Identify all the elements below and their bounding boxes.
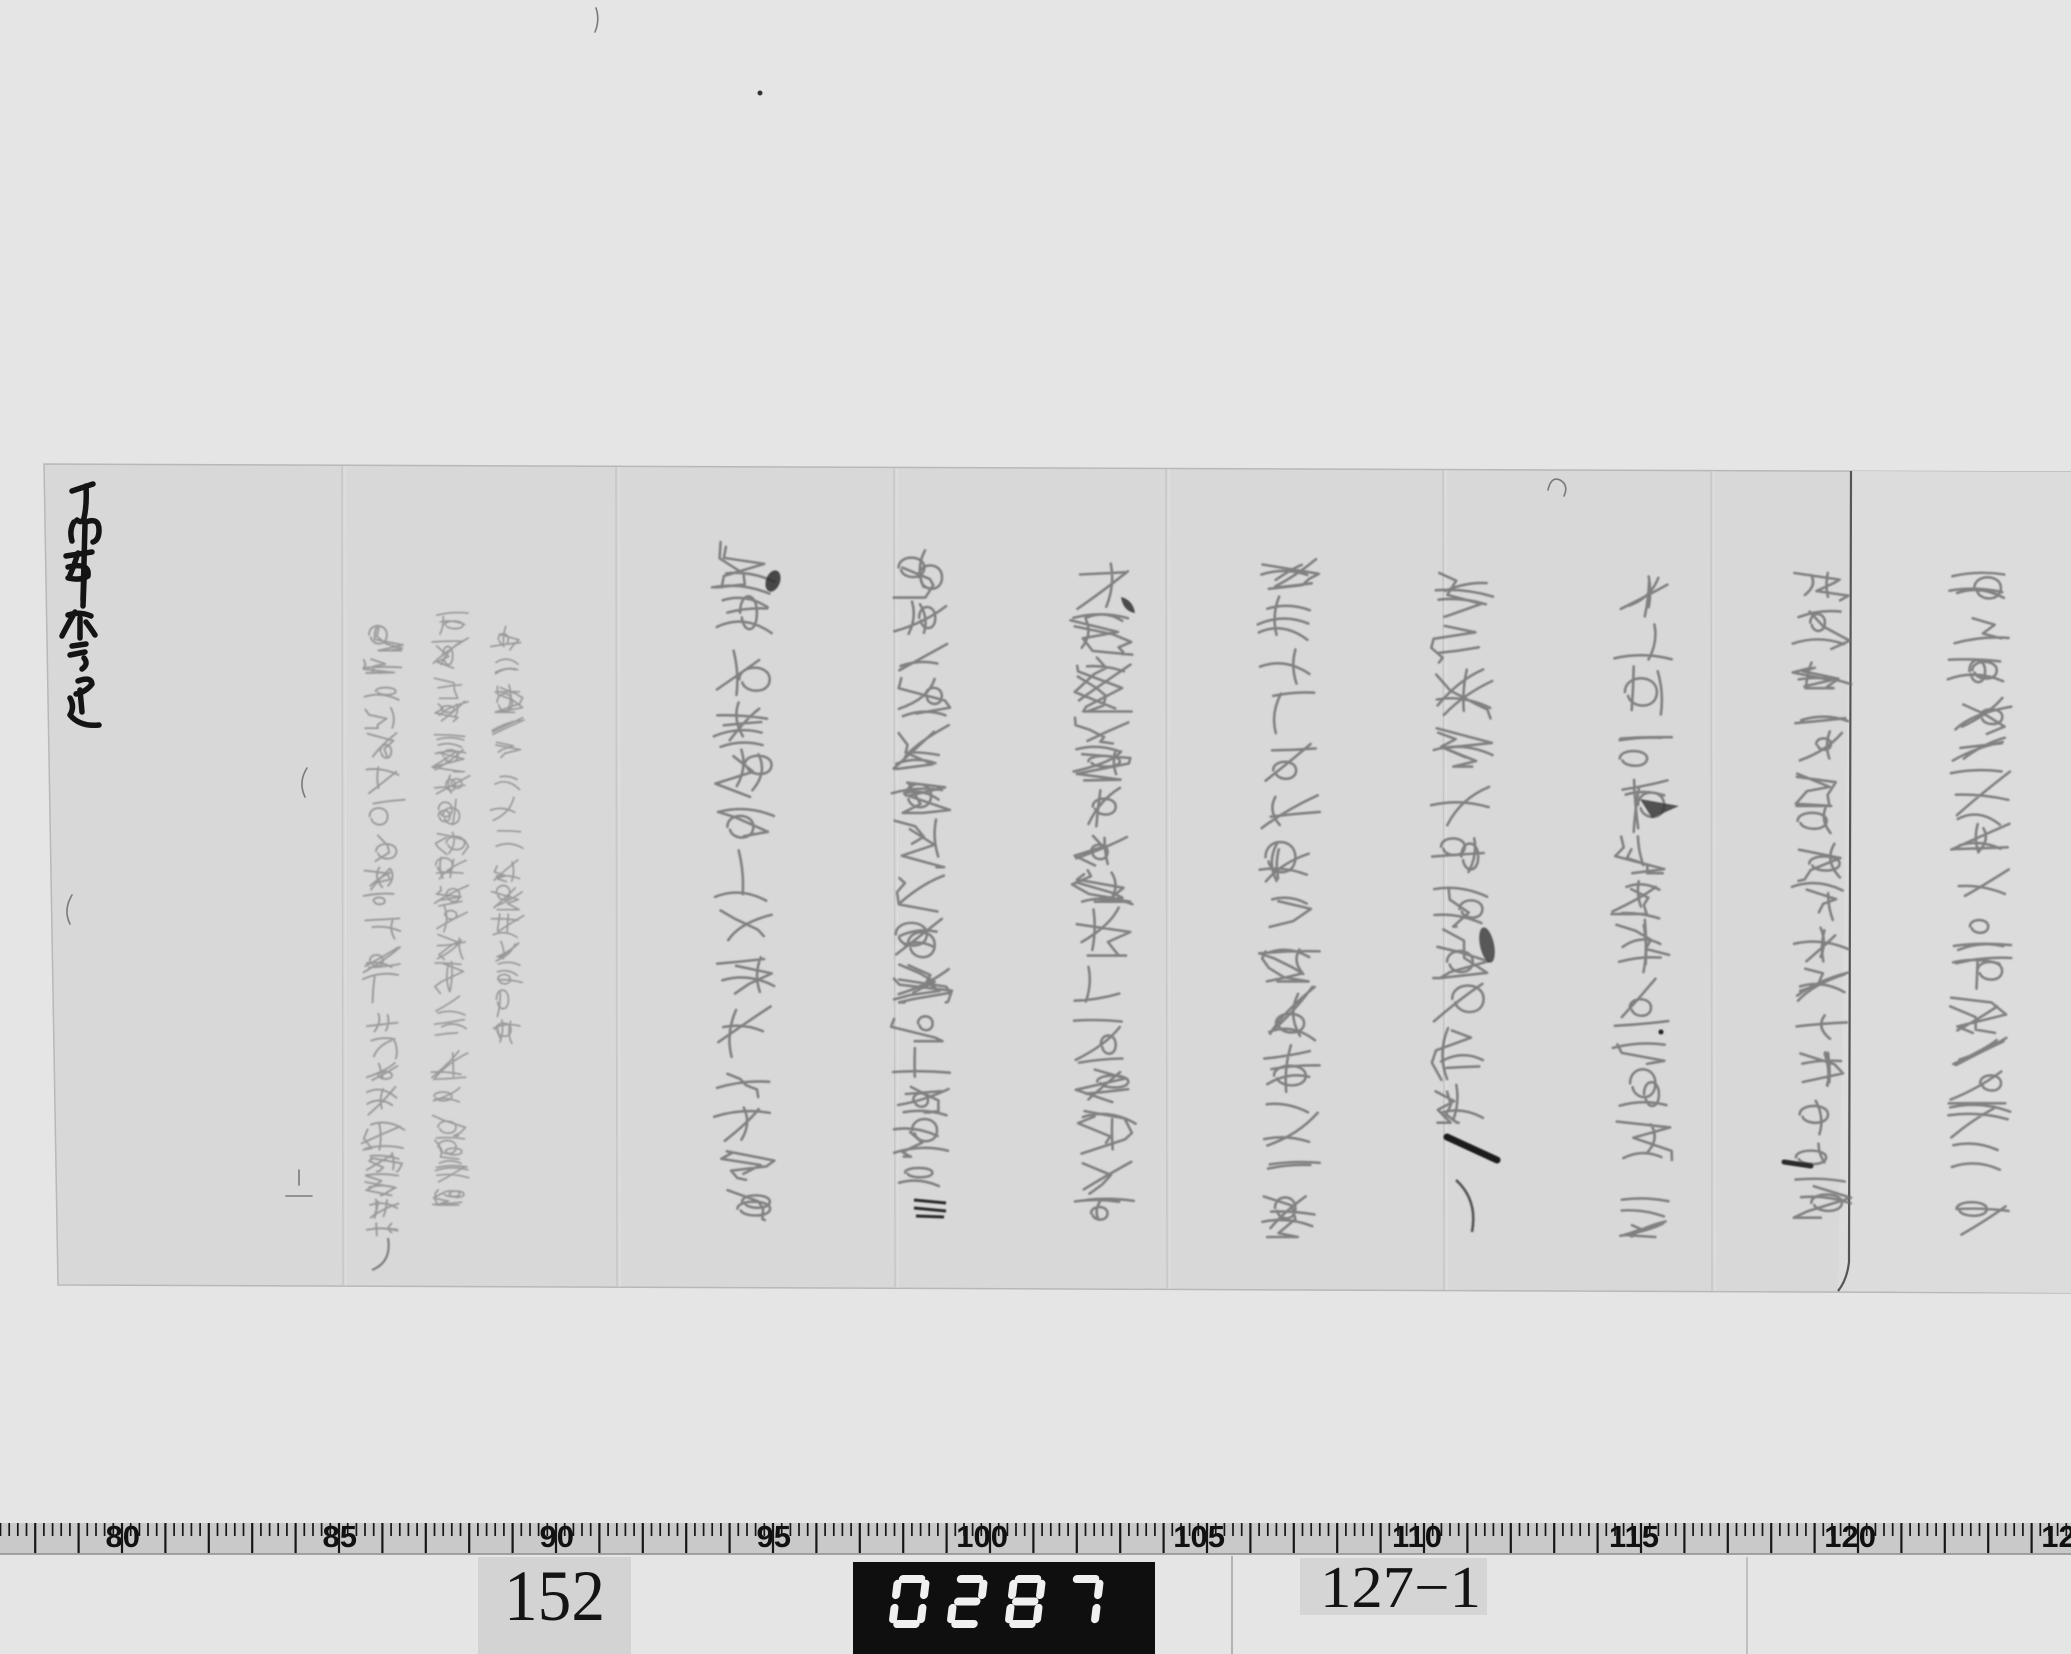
reel-number: 152 [504,1556,605,1636]
dust-dot [758,91,763,96]
background-marks [595,8,763,96]
digit-segment [1014,1575,1041,1583]
digit-segment [951,1620,978,1628]
measuring-ruler: 80 85 90 95 100 105 110 115 120 125 [0,1519,2071,1554]
ruler-label: 110 [1392,1519,1442,1554]
paper [44,464,2071,1293]
frame-number-box [853,1562,1155,1654]
digit-segment [954,1598,981,1606]
digit-segment [898,1575,925,1583]
frame-canvas: 80 85 90 95 100 105 110 115 120 125 152 … [0,0,2071,1654]
overlapping-sheet [1838,471,2071,1293]
digit-segment [1009,1620,1036,1628]
reel-number-card: 152 [478,1556,631,1654]
digit-segment [893,1620,920,1628]
digit-segment [1012,1598,1039,1606]
digit-segment [956,1575,983,1583]
hair-mark [595,8,598,32]
item-number-card: 127−1 [1300,1554,1487,1620]
ruler-label: 115 [1609,1519,1659,1554]
digit-segment [1072,1575,1099,1583]
microfilm-frame: 80 85 90 95 100 105 110 115 120 125 152 … [0,0,2071,1654]
document-sheet [44,464,2071,1293]
ruler-band [0,1523,2071,1554]
item-number: 127−1 [1320,1554,1481,1620]
